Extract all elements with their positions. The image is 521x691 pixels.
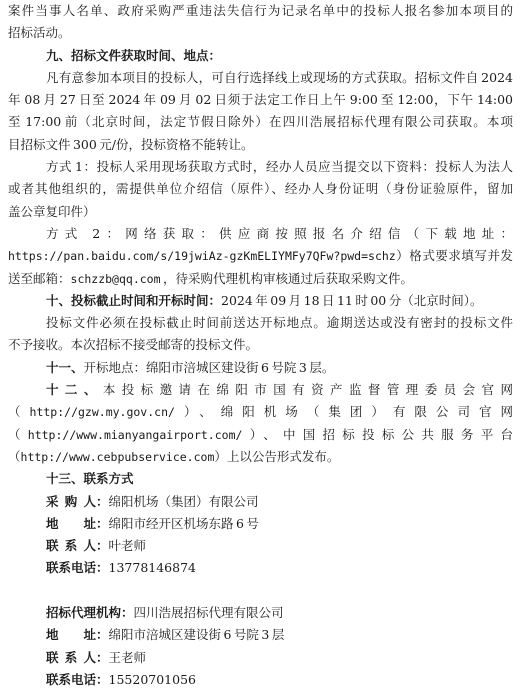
airport-url: http://www.mianyangairport.com/	[28, 428, 243, 442]
body-text: 绵阳市经开区机场东路 6 号	[109, 516, 259, 531]
heading-section-9: 九、招标文件获取时间、地点：	[8, 45, 513, 67]
heading-section-10: 十、投标截止时间和开标时间：2024 年 09 月 18 日 11 时 00 分…	[8, 290, 513, 312]
body-text: 四川浩展招标代理有限公司	[134, 605, 284, 620]
para-method2-3: 送至邮箱：schzzb@qq.com ，待采购代理机构审核通过后获取采购文件。	[8, 268, 513, 290]
label-text: 十二、	[46, 382, 103, 397]
para-publish-3: （http://www.cebpubservice.com）上以公告形式发布。	[8, 446, 513, 468]
label-text: 联系电话：	[46, 560, 109, 575]
body-text: 叶老师	[109, 538, 147, 553]
label-text: 联系电话：	[46, 672, 109, 687]
para-blacklist-end: 招标活动。	[8, 22, 513, 44]
para-obtain-2: 年 08 月 27 日至 2024 年 09 月 02 日须于法定工作日上午 9…	[8, 89, 513, 111]
body-text: 王老师	[109, 650, 147, 665]
heading-section-11: 十一、开标地点：绵阳市涪城区建设街 6 号院 3 层。	[8, 357, 513, 379]
label-text: 招标代理机构：	[46, 605, 134, 620]
document-body: 案件当事人名单、政府采购严重违法失信行为记录名单中的投标人报名参加本项目的招标活…	[0, 0, 521, 691]
body-text: ）格式要求填写并发	[396, 248, 513, 263]
body-text: 年 08 月 27 日至 2024 年 09 月 02 日须于法定工作日上午 9…	[8, 92, 513, 107]
body-text: 至 17:00 前（北京时间，法定节假日除外）在四川浩展招标代理有限公司获取。本…	[8, 114, 513, 129]
body-text: 凡有意参加本项目的投标人，可自行选择线上或现场的方式获取。招标文件自 2024	[46, 70, 513, 85]
body-text: 绵阳市涪城区建设街 6 号院 3 层	[109, 627, 285, 642]
agency-phone: 联系电话：15520701056	[8, 669, 513, 691]
agency-address: 地 址：绵阳市涪城区建设街 6 号院 3 层	[8, 624, 513, 646]
para-obtain-1: 凡有意参加本项目的投标人，可自行选择线上或现场的方式获取。招标文件自 2024	[8, 67, 513, 89]
body-text: ，待采购代理机构审核通过后获取采购文件。	[161, 271, 413, 286]
body-text: 投标文件必须在投标截止时间前送达开标地点。逾期送达或没有密封的投标文件	[46, 315, 513, 330]
para-method1-1: 方式 1：投标人采用现场获取方式时，经办人员应当提交以下资料：投标人为法人	[8, 156, 513, 178]
body-text: ）、绵阳机场（集团）有限公司官网	[175, 404, 513, 419]
para-blacklist-continued: 案件当事人名单、政府采购严重违法失信行为记录名单中的投标人报名参加本项目的	[8, 0, 513, 22]
body-text: 15520701056	[109, 672, 196, 687]
para-method2-1: 方式 2：网络获取：供应商按照报名介绍信（下载地址：	[8, 223, 513, 245]
body-text: 方式 1：投标人采用现场获取方式时，经办人员应当提交以下资料：投标人为法人	[46, 159, 513, 174]
purchaser-name: 采 购 人：绵阳机场（集团）有限公司	[8, 491, 513, 513]
body-text: （	[8, 427, 28, 442]
body-text: 不予接收。本次招标不接受邮寄的投标文件。	[8, 337, 258, 352]
label-text: 十三、联系方式	[46, 471, 134, 486]
label-text: 联 系 人：	[46, 538, 109, 553]
para-obtain-4: 目招标文件 300 元/份，投标资格不能转让。	[8, 134, 513, 156]
agency-contact: 联 系 人：王老师	[8, 647, 513, 669]
label-text: 十、投标截止时间和开标时间：	[46, 293, 221, 308]
purchaser-phone: 联系电话：13778146874	[8, 557, 513, 579]
body-text: 2024 年 09 月 18 日 11 时 00 分（北京时间）。	[221, 293, 482, 308]
body-text: （	[8, 449, 21, 464]
heading-section-12: 十二、本投标邀请在绵阳市国有资产监督管理委员会官网	[8, 379, 513, 401]
body-text: 目招标文件 300 元/份，投标资格不能转让。	[8, 137, 254, 152]
label-text: 采 购 人：	[46, 494, 109, 509]
baidu-download-url: https://pan.baidu.com/s/19jwiAz-gzKmELIY…	[8, 249, 396, 263]
body-text: 送至邮箱：	[8, 271, 71, 286]
para-deadline-1: 投标文件必须在投标截止时间前送达开标地点。逾期送达或没有密封的投标文件	[8, 312, 513, 334]
para-publish-2: （http://www.mianyangairport.com/）、中国招标投标…	[8, 424, 513, 446]
para-obtain-3: 至 17:00 前（北京时间，法定节假日除外）在四川浩展招标代理有限公司获取。本…	[8, 111, 513, 133]
body-text: （	[8, 404, 30, 419]
label-text: 十一、	[46, 360, 84, 375]
para-deadline-2: 不予接收。本次招标不接受邮寄的投标文件。	[8, 334, 513, 356]
body-text: 方式 2：网络获取：供应商按照报名介绍信（下载地址：	[46, 226, 513, 241]
para-method2-2: https://pan.baidu.com/s/19jwiAz-gzKmELIY…	[8, 245, 513, 267]
body-text: 13778146874	[109, 560, 196, 575]
para-publish-1: （http://gzw.my.gov.cn/）、绵阳机场（集团）有限公司官网	[8, 401, 513, 423]
body-text: 案件当事人名单、政府采购严重违法失信行为记录名单中的投标人报名参加本项目的	[8, 3, 513, 18]
body-text: 开标地点：绵阳市涪城区建设街 6 号院 3 层。	[84, 360, 335, 375]
para-method1-2: 或者其他组织的，需提供单位介绍信（原件）、经办人身份证明（身份证验原件，留加	[8, 178, 513, 200]
heading-section-13: 十三、联系方式	[8, 468, 513, 490]
spacer	[8, 580, 513, 602]
label-text: 九、招标文件获取时间、地点：	[46, 48, 221, 63]
body-text: ）上以公告形式发布。	[214, 449, 339, 464]
body-text: 绵阳机场（集团）有限公司	[109, 494, 259, 509]
purchaser-address: 地 址：绵阳市经开区机场东路 6 号	[8, 513, 513, 535]
body-text: 招标活动。	[8, 25, 71, 40]
body-text: 本投标邀请在绵阳市国有资产监督管理委员会官网	[103, 382, 513, 397]
body-text: ）、中国招标投标公共服务平台	[242, 427, 513, 442]
para-method1-3: 盖公章复印件）	[8, 201, 513, 223]
purchaser-contact: 联 系 人：叶老师	[8, 535, 513, 557]
agency-name: 招标代理机构：四川浩展招标代理有限公司	[8, 602, 513, 624]
label-text: 地 址：	[46, 627, 109, 642]
label-text: 地 址：	[46, 516, 109, 531]
gzw-url: http://gzw.my.gov.cn/	[30, 405, 175, 419]
label-text: 联 系 人：	[46, 650, 109, 665]
body-text: 盖公章复印件）	[8, 204, 96, 219]
body-text: 或者其他组织的，需提供单位介绍信（原件）、经办人身份证明（身份证验原件，留加	[8, 181, 513, 196]
cebpubservice-url: http://www.cebpubservice.com	[21, 450, 215, 464]
contact-email: schzzb@qq.com	[71, 272, 161, 286]
